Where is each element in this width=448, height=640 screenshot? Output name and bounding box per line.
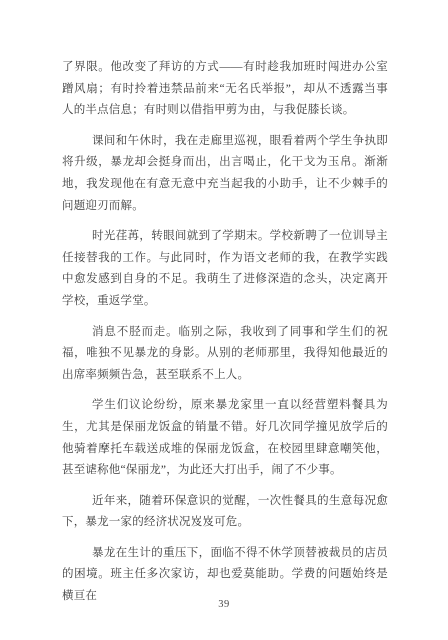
paragraph: 时光荏苒，转眼间就到了学期末。学校新聘了一位训导主任接替我的工作。与此同时，作为… [62, 226, 388, 312]
text-block: 了界限。他改变了拜访的方式——有时趁我加班时闯进办公室蹭风扇；有时拎着违禁品前来… [0, 0, 448, 608]
document-page: 了界限。他改变了拜访的方式——有时趁我加班时闯进办公室蹭风扇；有时拎着违禁品前来… [0, 0, 448, 640]
paragraph: 暴龙在生计的重压下，面临不得不休学顶替被裁员的店员的困境。班主任多次家访，却也爱… [62, 543, 388, 608]
paragraph: 学生们议论纷纷，原来暴龙家里一直以经营塑料餐具为生，尤其是保丽龙饭盒的销量不错。… [62, 395, 388, 481]
paragraph: 近年来，随着环保意识的觉醒，一次性餐具的生意每况愈下，暴龙一家的经济状况岌岌可危… [62, 491, 388, 534]
paragraph: 课间和午休时，我在走廊里巡视，眼看着两个学生争执即将升级，暴龙却会挺身而出，出言… [62, 131, 388, 217]
page-number: 39 [0, 599, 448, 610]
paragraph: 消息不胫而走。临别之际，我收到了同事和学生们的祝福，唯独不见暴龙的身影。从别的老… [62, 322, 388, 387]
paragraph: 了界限。他改变了拜访的方式——有时趁我加班时闯进办公室蹭风扇；有时拎着违禁品前来… [62, 57, 388, 122]
